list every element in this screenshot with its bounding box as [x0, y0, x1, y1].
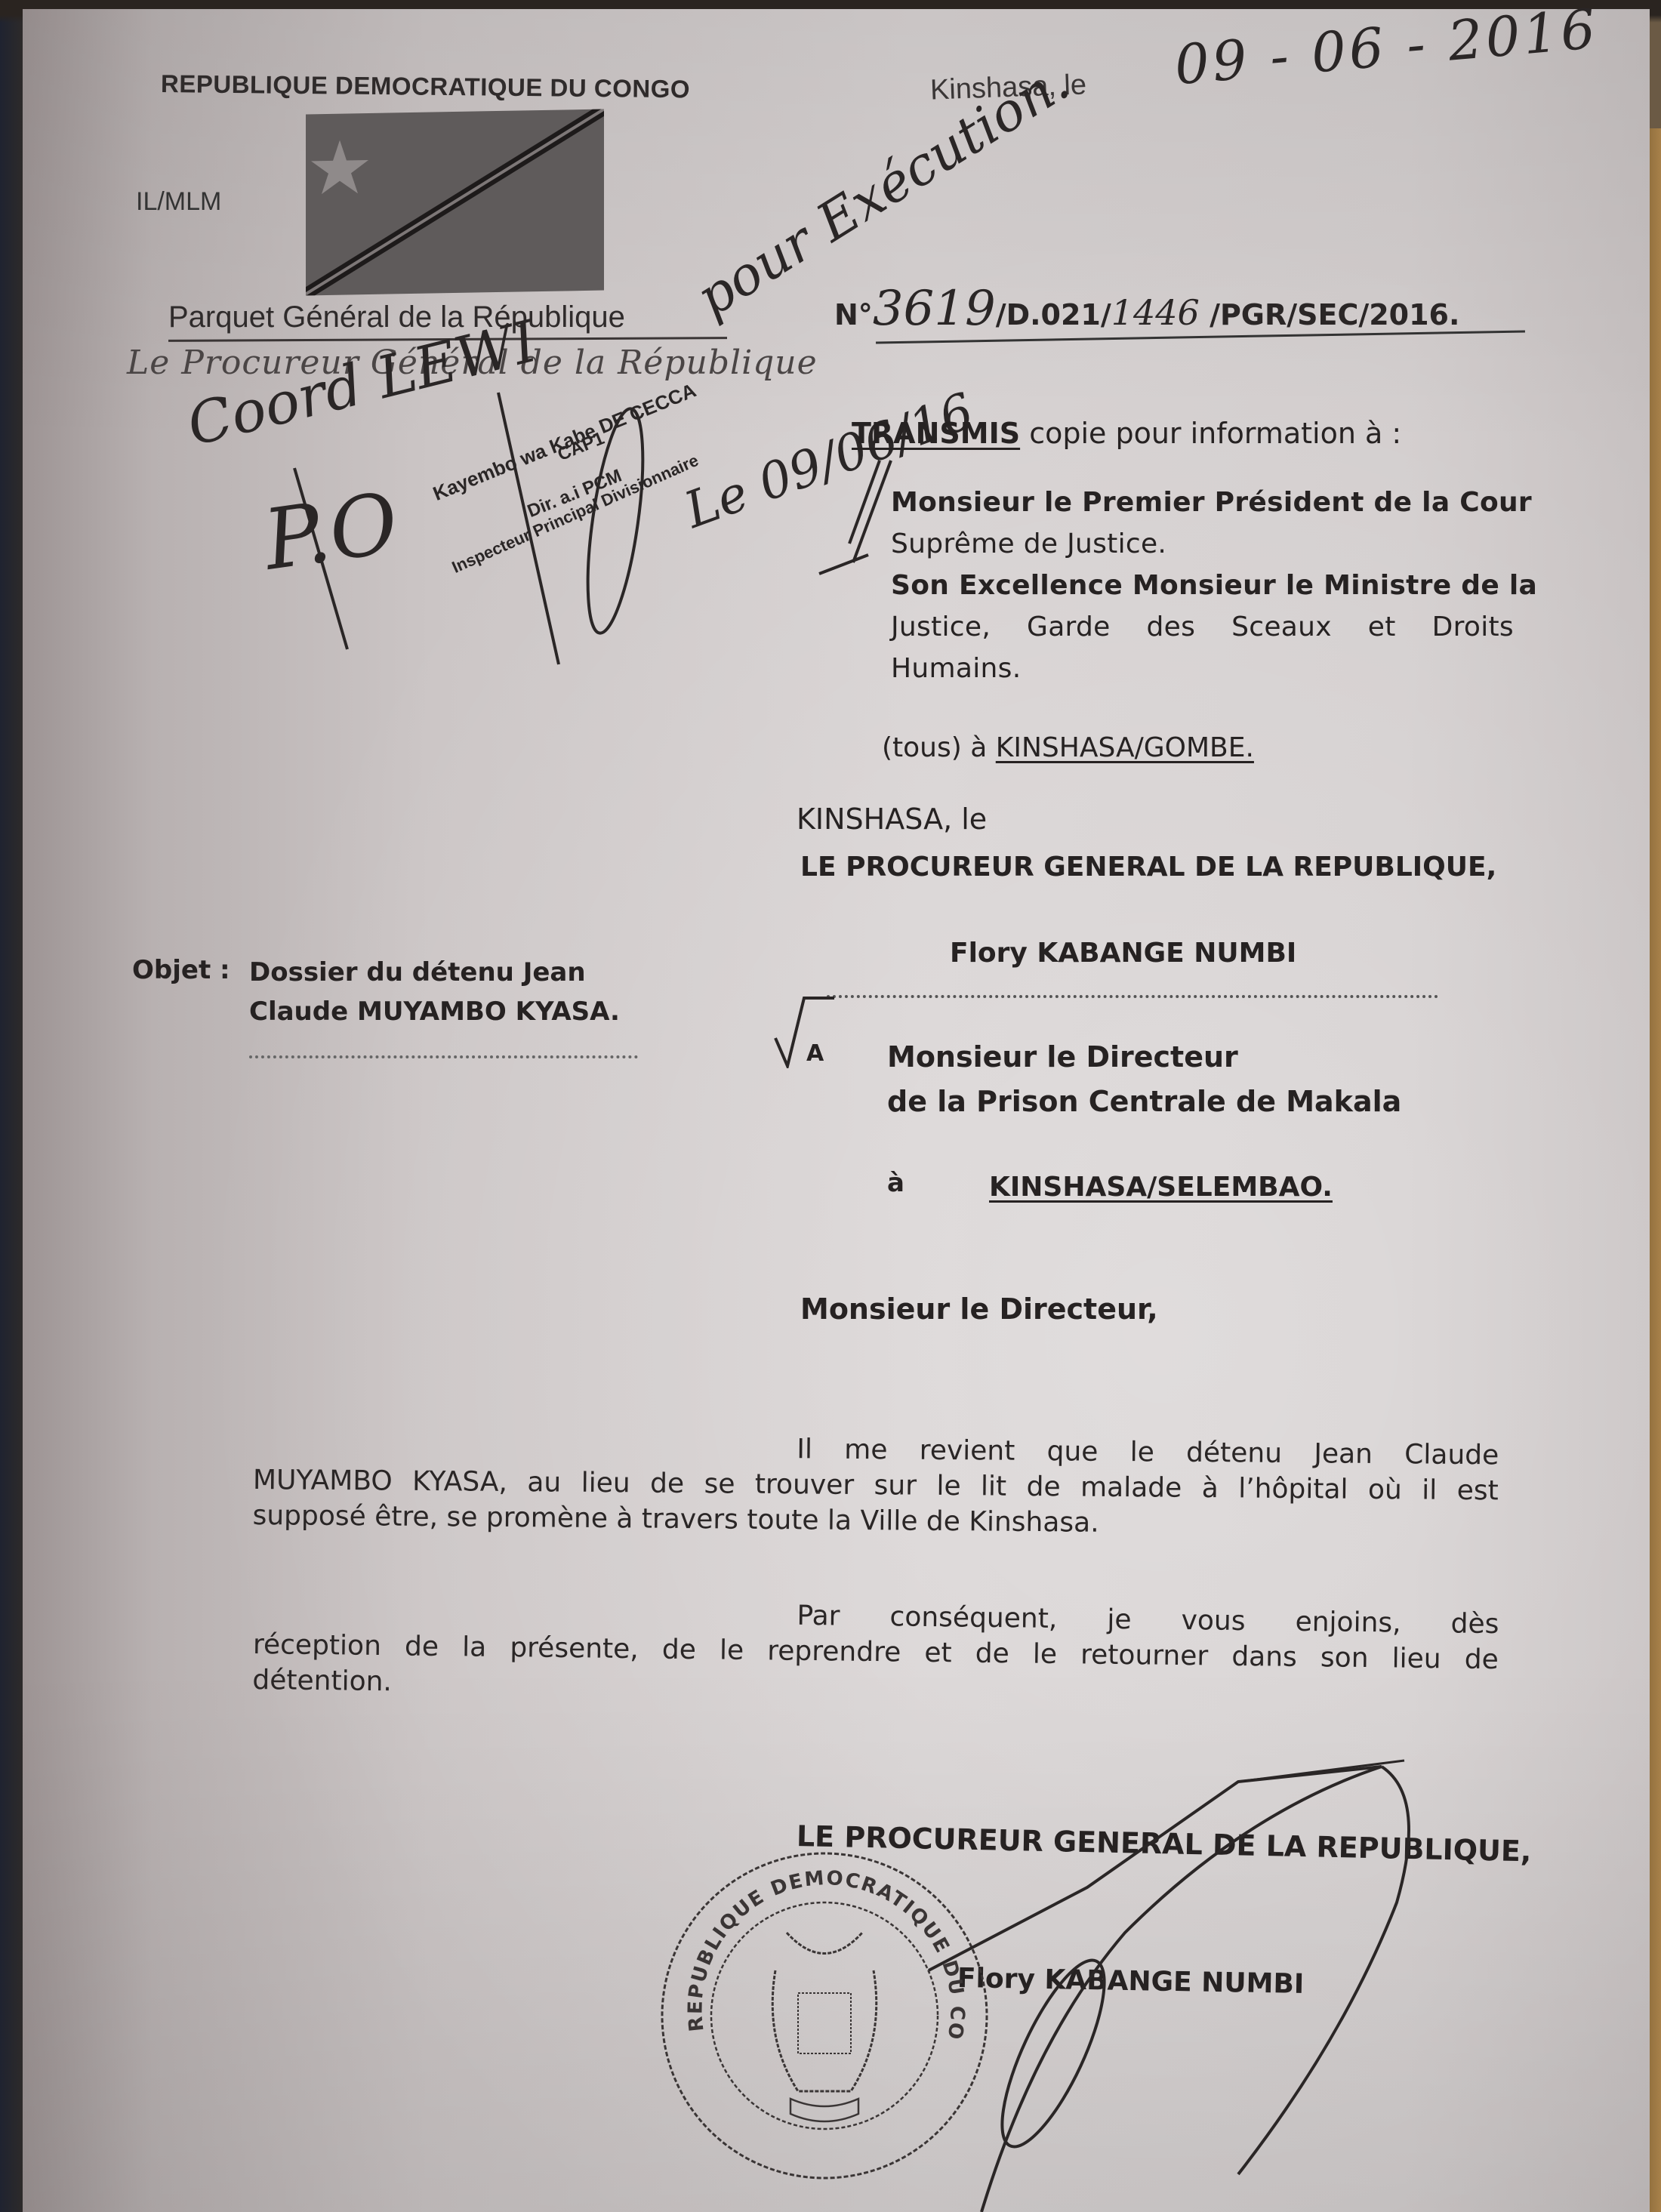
- word: dès: [1450, 1606, 1499, 1642]
- copy-to-location: (tous) à KINSHASA/GOMBE.: [882, 732, 1254, 763]
- official-seal-icon: REPUBLIQUE DEMOCRATIQUE DU CONGO: [651, 1842, 998, 2189]
- word: le: [1033, 1637, 1058, 1672]
- word: supposé être, se promène à travers toute…: [252, 1498, 1099, 1541]
- signatory-name-top: Flory KABANGE NUMBI: [950, 938, 1296, 969]
- reference-suffix: /PGR/SEC/2016.: [1210, 298, 1459, 331]
- word: Il: [797, 1431, 812, 1467]
- word: le: [1130, 1434, 1155, 1470]
- word: il: [1422, 1473, 1437, 1508]
- recipient-2-line3: Humains.: [891, 653, 1021, 684]
- word: au: [527, 1465, 561, 1500]
- word: enjoins,: [1295, 1604, 1401, 1641]
- handwritten-po: P.O: [258, 474, 404, 588]
- signatory-title-top: LE PROCUREUR GENERAL DE LA REPUBLIQUE,: [800, 852, 1496, 883]
- word: reprendre: [767, 1633, 901, 1670]
- word: de: [405, 1628, 439, 1665]
- word: trouver: [755, 1467, 855, 1503]
- word: son: [1320, 1640, 1369, 1676]
- flag-icon: [306, 109, 604, 296]
- word: à: [1201, 1471, 1218, 1506]
- addressee-location-prefix: à: [887, 1168, 904, 1198]
- addressee-line-1: Monsieur le Directeur: [887, 1040, 1238, 1074]
- addressee-location: KINSHASA/SELEMBAO.: [989, 1172, 1333, 1203]
- word: revient: [920, 1433, 1015, 1469]
- copy-to-intro-rest: copie pour information à :: [1029, 417, 1401, 450]
- subject-line-1: Dossier du détenu Jean: [249, 957, 586, 987]
- reference-mid: /D.021/: [996, 298, 1111, 331]
- reference-sub-handwritten: 1446: [1111, 292, 1200, 333]
- copy-to-location-city: KINSHASA/GOMBE.: [996, 732, 1254, 763]
- word: Droits: [1432, 612, 1514, 642]
- word: de: [650, 1466, 684, 1502]
- body-paragraph-1: IlmerevientqueledétenuJeanClaudeMUYAMBOK…: [252, 1427, 1499, 1544]
- subject-label: Objet :: [132, 955, 230, 985]
- word: malade: [1080, 1470, 1182, 1506]
- word: retourner: [1080, 1637, 1209, 1674]
- word: et: [924, 1635, 952, 1671]
- word: présente,: [510, 1630, 639, 1667]
- word: Jean: [1314, 1436, 1373, 1472]
- initials-reference: IL/MLM: [136, 187, 221, 217]
- word: Garde: [1027, 612, 1111, 642]
- word: dans: [1231, 1639, 1297, 1675]
- word: de: [662, 1632, 697, 1668]
- seal-text: REPUBLIQUE DEMOCRATIQUE DU CONGO: [651, 1842, 969, 2042]
- word: Justice,: [891, 612, 991, 642]
- word: conséquent,: [889, 1599, 1057, 1637]
- word: de: [975, 1636, 1009, 1672]
- reference-prefix: N°: [834, 298, 873, 331]
- word: détenu: [1186, 1435, 1282, 1471]
- word: lieu: [581, 1465, 630, 1502]
- word: de: [1464, 1642, 1499, 1678]
- salutation: Monsieur le Directeur,: [800, 1292, 1158, 1326]
- word: l’hôpital: [1238, 1471, 1348, 1507]
- word: des: [1147, 612, 1196, 642]
- addressee-bracket-icon: [774, 997, 834, 1068]
- word: je: [1107, 1602, 1132, 1637]
- recipient-1-line2: Suprême de Justice.: [891, 528, 1166, 559]
- country-heading: REPUBLIQUE DEMOCRATIQUE DU CONGO: [161, 69, 690, 103]
- word: se: [704, 1466, 735, 1502]
- recipient-2-line2: Justice, Garde des Sceaux et Droits: [891, 612, 1514, 642]
- transmis-label: TRANSMIS: [852, 417, 1020, 450]
- word: lieu: [1391, 1641, 1441, 1677]
- word: est: [1457, 1473, 1499, 1508]
- word: Sceaux: [1231, 612, 1332, 642]
- recipient-1-line1: Monsieur le Premier Président de la Cour: [891, 487, 1532, 518]
- subject-dotted-line: [249, 1055, 638, 1058]
- word: Par: [797, 1598, 840, 1634]
- body-paragraph-2: Parconséquent,jevousenjoins,dèsréception…: [252, 1591, 1499, 1713]
- dotted-separator: [827, 995, 1438, 998]
- addressee-line-2: de la Prison Centrale de Makala: [887, 1085, 1401, 1118]
- word: et: [1368, 612, 1396, 642]
- word: où: [1368, 1472, 1402, 1508]
- copy-to-location-prefix: (tous) à: [882, 732, 987, 763]
- copy-to-intro: TRANSMIS copie pour information à :: [852, 417, 1401, 450]
- word: le: [720, 1633, 744, 1668]
- word: de: [1026, 1469, 1060, 1505]
- word: me: [844, 1432, 888, 1468]
- word: Claude: [1404, 1437, 1499, 1473]
- word: le: [936, 1468, 961, 1504]
- word: vous: [1181, 1603, 1245, 1639]
- word: lit: [981, 1468, 1007, 1504]
- svg-text:REPUBLIQUE DEMOCRATIQUE DU CON: REPUBLIQUE DEMOCRATIQUE DU CONGO: [651, 1842, 969, 2042]
- reference-number: N°3619/D.021/1446 /PGR/SEC/2016.: [834, 281, 1459, 337]
- addressee-prefix: A: [806, 1040, 824, 1067]
- place-date-placeholder: KINSHASA, le: [797, 803, 987, 836]
- word: sur: [874, 1468, 917, 1503]
- office-name: Parquet Général de la République: [168, 300, 625, 334]
- word: KYASA,: [412, 1464, 507, 1500]
- subject-line-2: Claude MUYAMBO KYASA.: [249, 997, 620, 1027]
- word: que: [1046, 1434, 1098, 1470]
- reference-number-handwritten: 3619: [873, 281, 996, 337]
- word: réception: [253, 1627, 381, 1664]
- word: MUYAMBO: [253, 1462, 393, 1499]
- word: détention.: [252, 1662, 392, 1699]
- signatory-name: Flory KABANGE NUMBI: [957, 1963, 1305, 2000]
- recipient-2-line1: Son Excellence Monsieur le Ministre de l…: [891, 570, 1537, 601]
- word: la: [462, 1629, 487, 1665]
